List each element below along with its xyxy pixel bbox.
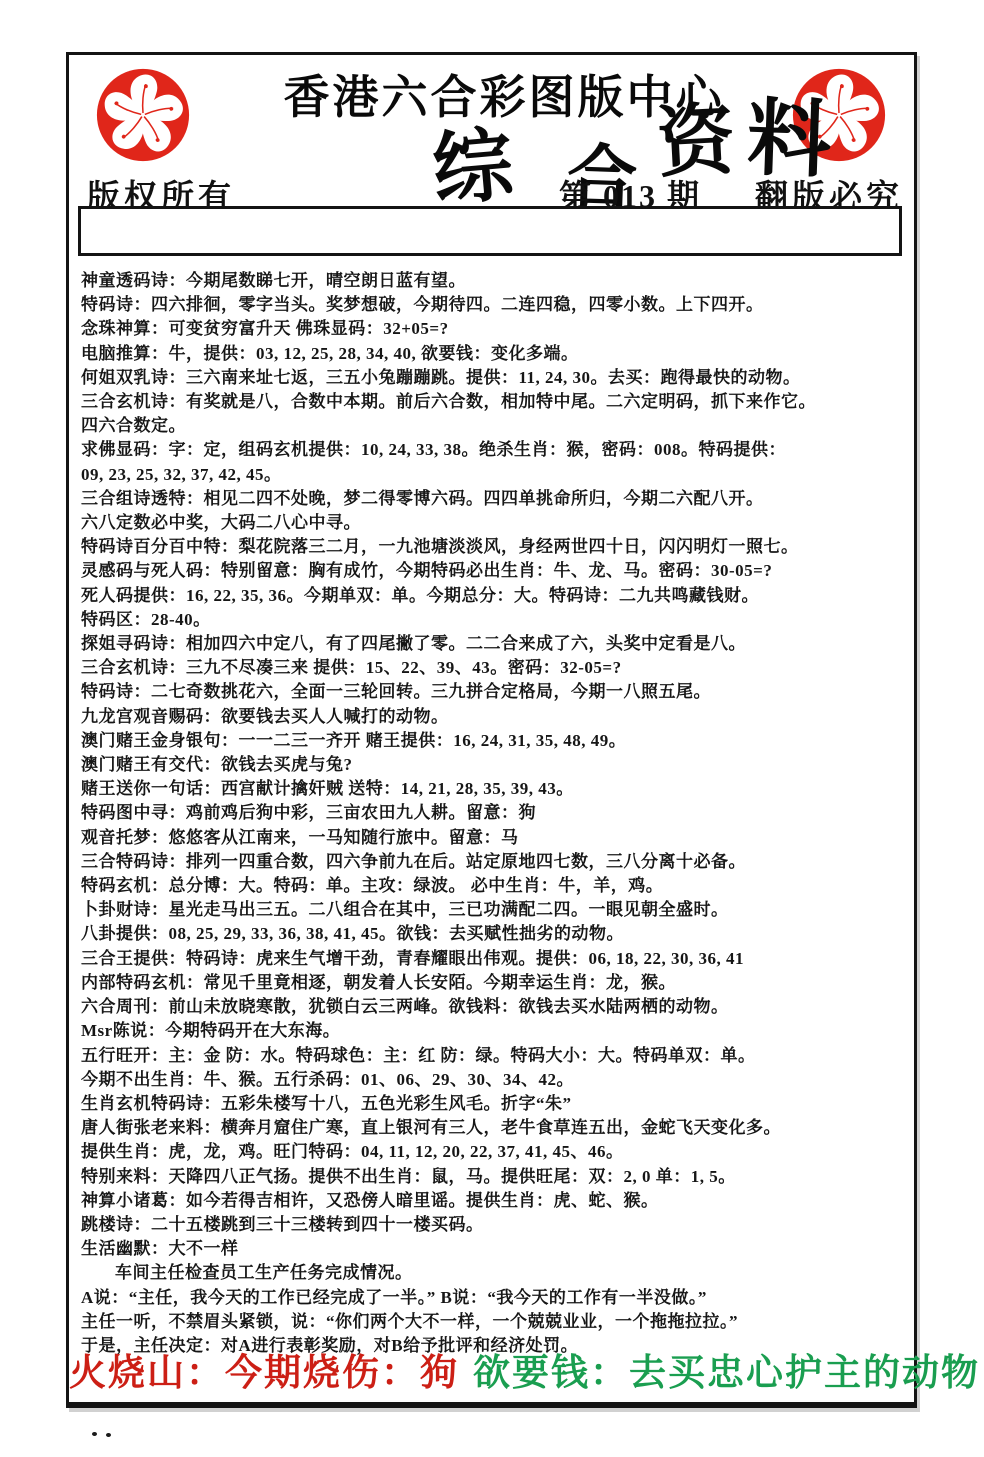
content-line: 何姐双乳诗：三六南来址七返，三五小兔蹦蹦跳。提供：11, 24, 30。去买：跑…	[81, 366, 913, 390]
content-line: 五行旺开：主：金 防：水。特码球色：主：红 防：绿。特码大小：大。特码单双：单。	[81, 1044, 913, 1068]
content-line: 内部特码玄机：常见千里竟相逐，朝发着人长安陌。今期幸运生肖：龙，猴。	[81, 971, 913, 995]
banner-segment: 欲要钱：去买忠心护主的动物	[473, 1353, 980, 1394]
content-line: 09, 23, 25, 32, 37, 42, 45。	[81, 463, 913, 487]
bottom-banner: 火烧山：今期烧伤：狗欲要钱：去买忠心护主的动物	[69, 1342, 914, 1396]
content-line: 八卦提供：08, 25, 29, 33, 36, 38, 41, 45。欲钱：去…	[81, 922, 913, 946]
content-line: 特别来料：天降四八正气扬。提供不出生肖：鼠，马。提供旺尾：双：2, 0 单：1,…	[81, 1165, 913, 1189]
content-line: 特码玄机：总分博：大。特码：单。主攻：绿波。 必中生肖：牛，羊，鸡。	[81, 874, 913, 898]
content-line: 特码诗：二七奇数挑花六，全面一三轮回转。三九拼合定格局，今期一八照五尾。	[81, 680, 913, 704]
scan-artifact-dot	[92, 1432, 97, 1436]
banner-segment: 火烧山：今期烧伤：狗	[69, 1353, 459, 1394]
content-line: 提供生肖：虎，龙，鸡。旺门特码：04, 11, 12, 20, 22, 37, …	[81, 1140, 913, 1164]
content-line: 探姐寻码诗：相加四六中定八，有了四尾撇了零。二二合来成了六，头奖中定看是八。	[81, 632, 913, 656]
blank-header-box	[78, 206, 902, 256]
content-line: 跳楼诗：二十五楼跳到三十三楼转到四十一楼买码。	[81, 1213, 913, 1237]
content-line: 神童透码诗：今期尾数睇七开，晴空朗日蓝有望。	[81, 269, 913, 293]
content-line: A说：“主任，我今天的工作已经完成了一半。” B说：“我今天的工作有一半没做。”	[81, 1286, 913, 1310]
content-line: 生活幽默：大不一样	[81, 1237, 913, 1261]
content-line: 特码区：28-40。	[81, 608, 913, 632]
content-line: 九龙宫观音赐码：欲要钱去买人人喊打的动物。	[81, 705, 913, 729]
content-line: 三合特码诗：排列一四重合数，四六争前九在后。站定原地四七数，三八分离十必备。	[81, 850, 913, 874]
content-line: 主任一听，不禁眉头紧锁，说：“你们两个大不一样，一个兢兢业业，一个拖拖拉拉。”	[81, 1310, 913, 1334]
content-line: 念珠神算：可变贫穷富升天 佛珠显码：32+05=?	[81, 317, 913, 341]
content-line: 生肖玄机特码诗：五彩朱楼写十八，五色光彩生风毛。折字“朱”	[81, 1092, 913, 1116]
content-line: 三合玄机诗：有奖就是八，合数中本期。前后六合数，相加特中尾。二六定明码，抓下来作…	[81, 390, 913, 414]
content-line: 六八定数必中奖，大码二八心中寻。	[81, 511, 913, 535]
content-line: 死人码提供：16, 22, 35, 36。今期单双：单。今期总分：大。特码诗：二…	[81, 584, 913, 608]
content-line: 灵感码与死人码：特别留意：胸有成竹，今期特码必出生肖：牛、龙、马。密码：30-0…	[81, 559, 913, 583]
content-line: 三合玄机诗：三九不尽凑三来 提供：15、22、39、43。密码：32-05=?	[81, 656, 913, 680]
content-line: 特码诗：四六排徊，零字当头。奖梦想破，今期待四。二连四稳，四零小数。上下四开。	[81, 293, 913, 317]
content-line: 六合周刊：前山未放晓寒散，犹锁白云三两峰。欲钱料：欲钱去买水陆两栖的动物。	[81, 995, 913, 1019]
content-line: 澳门赌王金身银句：一一二三一齐开 赌王提供：16, 24, 31, 35, 48…	[81, 729, 913, 753]
content-line: 今期不出生肖：牛、猴。五行杀码：01、06、29、30、34、42。	[81, 1068, 913, 1092]
content-line: 唐人街张老来料：横奔月窟住广寒，直上银河有三人，老牛食草连五出，金蛇飞天变化多。	[81, 1116, 913, 1140]
scan-artifact-dot	[106, 1433, 111, 1437]
content-lines: 神童透码诗：今期尾数睇七开，晴空朗日蓝有望。特码诗：四六排徊，零字当头。奖梦想破…	[81, 269, 913, 1358]
content-line: 赌王送你一句话：西宫献计擒奸贼 送特：14, 21, 28, 35, 39, 4…	[81, 777, 913, 801]
content-line: 卜卦财诗：星光走马出三五。二八组合在其中，三已功满配二四。一眼见朝全盛时。	[81, 898, 913, 922]
content-line: 车间主任检查员工生产任务完成情况。	[81, 1261, 913, 1285]
content-line: 特码诗百分百中特：梨花院落三二月，一九池塘淡淡风，身经两世四十日，闪闪明灯一照七…	[81, 535, 913, 559]
content-line: 神算小诸葛：如今若得吉相许，又恐傍人暗里谣。提供生肖：虎、蛇、猴。	[81, 1189, 913, 1213]
content-line: 三合组诗透特：相见二四不处晚，梦二得零博六码。四四单挑命所归，今期二六配八开。	[81, 487, 913, 511]
content-line: 四六合数定。	[81, 414, 913, 438]
content-line: 电脑推算：牛，提供：03, 12, 25, 28, 34, 40, 欲要钱：变化…	[81, 342, 913, 366]
content-line: 三合王提供：特码诗：虎来生气增干劲，青春耀眼出伟观。提供：06, 18, 22,…	[81, 947, 913, 971]
content-line: 求佛显码：字：定，组码玄机提供：10, 24, 33, 38。绝杀生肖：猴，密码…	[81, 438, 913, 462]
masthead-char: 综	[430, 126, 517, 213]
content-line: 特码图中寻：鸡前鸡后狗中彩，三亩农田九人耕。留意：狗	[81, 801, 913, 825]
content-line: 澳门赌王有交代：欲钱去买虎与兔?	[81, 753, 913, 777]
hk-bauhinia-emblem-left-icon	[95, 67, 191, 163]
content-line: 观音托梦：悠悠客从江南来，一马知随行旅中。留意：马	[81, 826, 913, 850]
tip-sheet-page: 香港六合彩图版中心 综 合 资 料 第 013 期 版权所有 翻版必究 神童透码…	[66, 52, 917, 1408]
content-line: Msr陈说：今期特码开在大东海。	[81, 1019, 913, 1043]
